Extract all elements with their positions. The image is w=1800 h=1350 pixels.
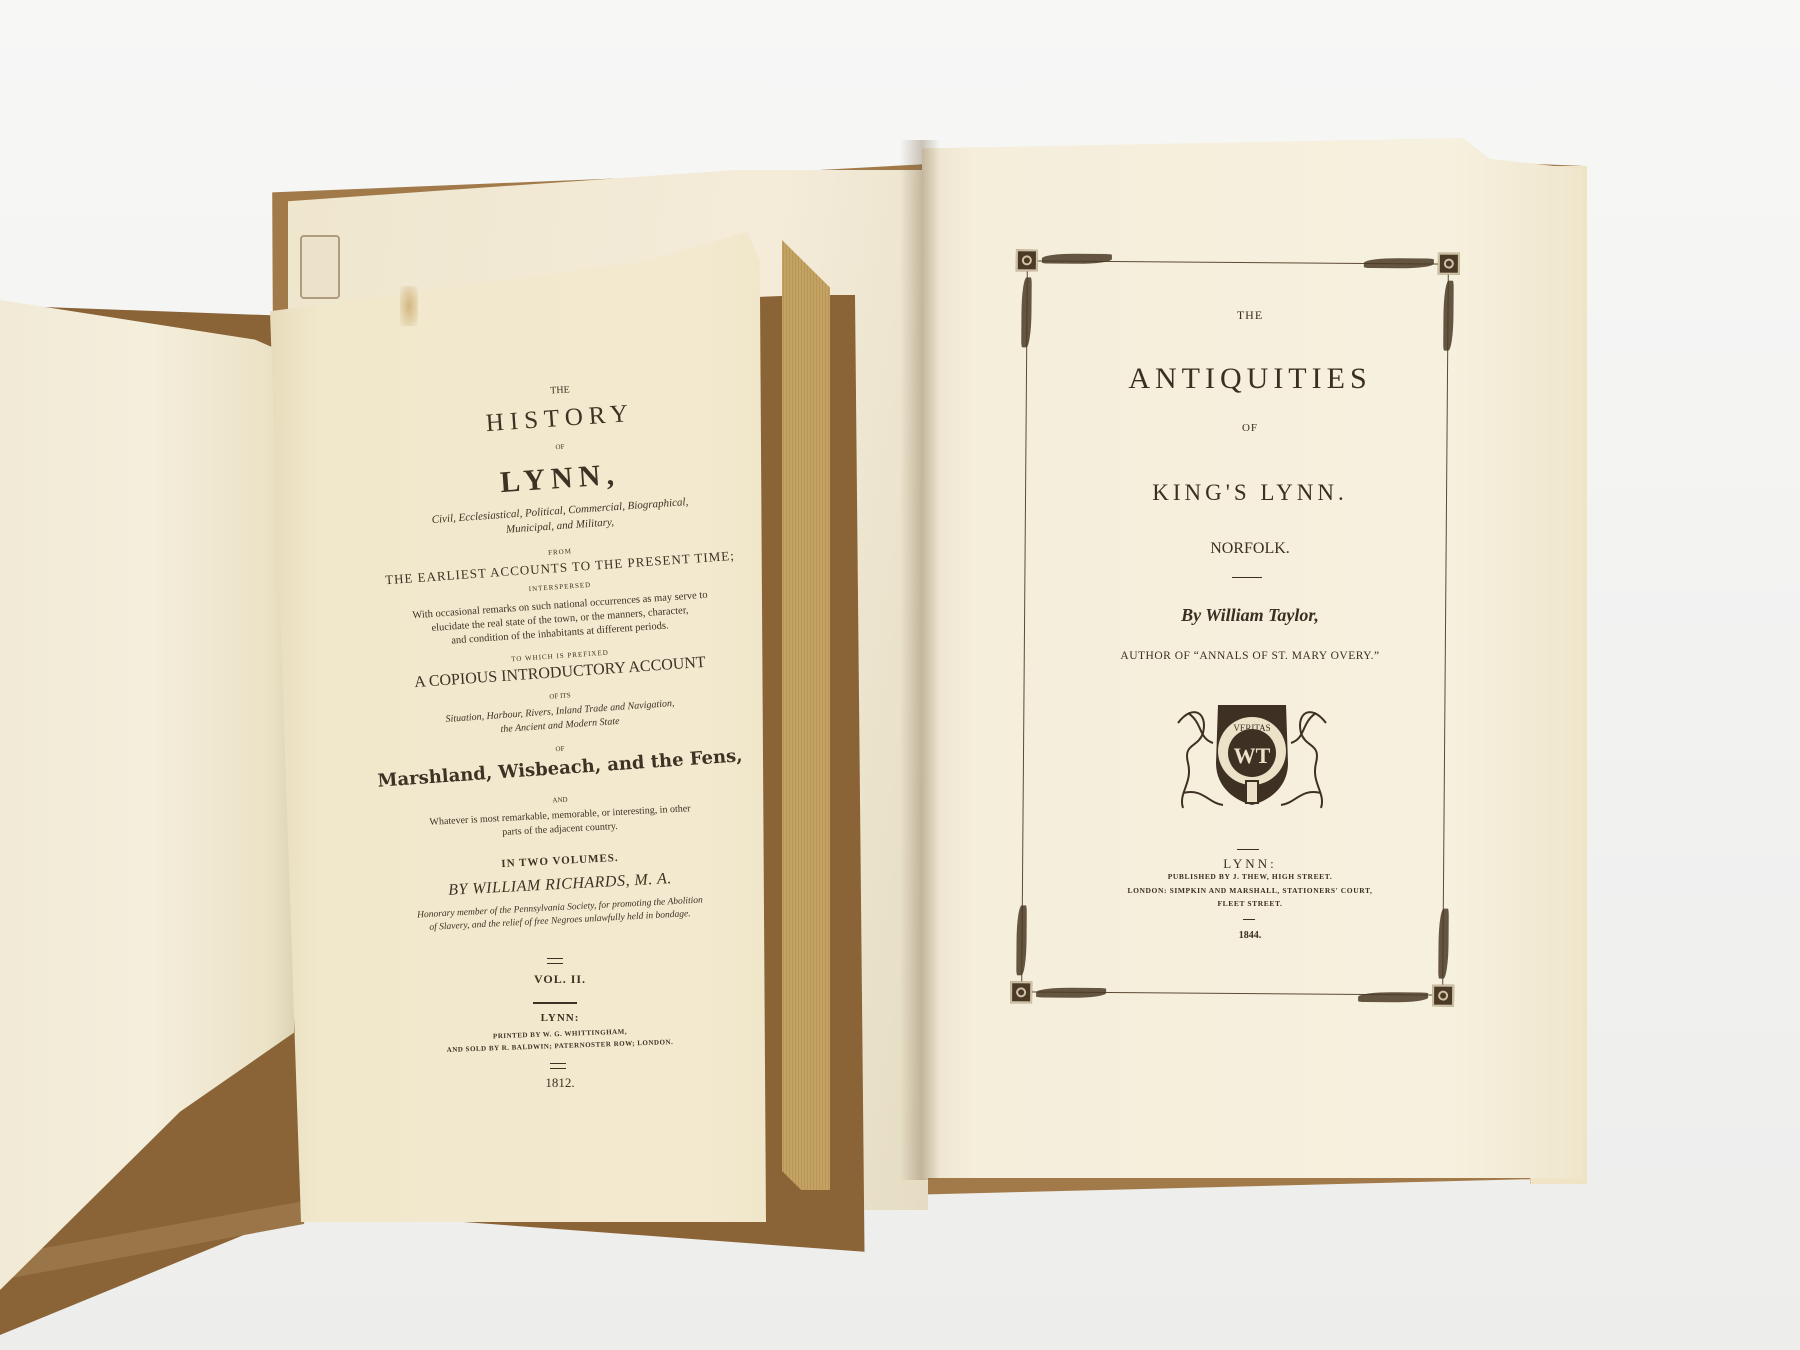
right-author: By William Taylor, <box>1000 605 1500 626</box>
right-publisher-line1: PUBLISHED BY J. THEW, HIGH STREET. <box>1000 872 1500 881</box>
veritas-emblem-icon: VERITAS WT <box>1168 693 1336 815</box>
right-title-of: OF <box>1000 422 1500 434</box>
right-publisher-line3: FLEET STREET. <box>1000 899 1500 908</box>
right-title-article: THE <box>1000 308 1500 323</box>
emblem-monogram: WT <box>1234 743 1271 768</box>
frame-corner-ornament-icon <box>1010 981 1032 1003</box>
divider-rule <box>1237 849 1259 850</box>
left-year: 1812. <box>310 1075 810 1091</box>
double-rule <box>547 958 563 964</box>
divider-rule <box>1232 577 1262 578</box>
left-volume: VOL. II. <box>310 972 810 987</box>
bookplate-label <box>300 235 340 299</box>
right-publisher-line2: LONDON: SIMPKIN AND MARSHALL, STATIONERS… <box>1000 886 1500 895</box>
ornamental-rule <box>533 1002 577 1004</box>
frame-corner-ornament-icon <box>1438 253 1460 275</box>
right-pub-place: LYNN: <box>1000 856 1500 872</box>
left-pub-place: LYNN: <box>310 1012 810 1024</box>
right-author-credit: AUTHOR OF “ANNALS OF ST. MARY OVERY.” <box>1000 650 1500 662</box>
leaf-scroll-icon <box>1364 258 1434 269</box>
divider-rule <box>1243 919 1255 920</box>
leaf-scroll-icon <box>1036 987 1106 998</box>
frame-corner-ornament-icon <box>1016 249 1038 271</box>
double-rule <box>550 1063 566 1069</box>
gutter-shadow <box>900 140 940 1180</box>
frame-corner-ornament-icon <box>1432 985 1454 1007</box>
leaf-scroll-icon <box>1042 253 1112 264</box>
right-title-county: NORFOLK. <box>1000 540 1500 558</box>
foxing-stain <box>400 286 418 326</box>
right-title-place: KING'S LYNN. <box>1000 480 1500 506</box>
photo-scene: THE ANTIQUITIES OF KING'S LYNN. NORFOLK.… <box>0 0 1800 1350</box>
leaf-scroll-icon <box>1358 992 1428 1003</box>
emblem-motto: VERITAS <box>1233 723 1270 733</box>
right-year: 1844. <box>1000 930 1500 941</box>
right-title-main: ANTIQUITIES <box>1000 362 1500 396</box>
